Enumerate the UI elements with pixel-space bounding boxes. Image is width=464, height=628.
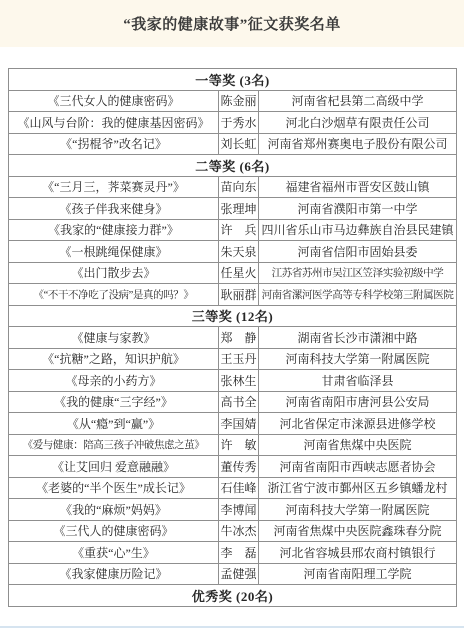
section-header-row: 优秀奖 (20名) [9, 585, 457, 607]
author-name-cell: 李 磊 [219, 542, 259, 564]
author-name-cell: 朱天泉 [219, 241, 259, 263]
essay-title-cell: 《我家健康历险记》 [9, 563, 219, 585]
award-row: 《从“瘾”到“赢”》李国婧河北省保定市涞源县进修学校 [9, 413, 457, 435]
section-header-row: 一等奖 (3名) [9, 69, 457, 91]
award-row: 《三代人的健康密码》牛冰杰河南省焦煤中央医院鑫珠春分院 [9, 520, 457, 542]
organization-cell: 河南省南阳理工学院 [259, 563, 457, 585]
award-row: 《“拐棍爷”改名记》刘长虹河南省郑州赛奥电子股份有限公司 [9, 133, 457, 155]
essay-title-cell: 《一根跳绳保健康》 [9, 241, 219, 263]
essay-title-cell: 《健康与家教》 [9, 327, 219, 349]
section-label: 优秀奖 (20名) [9, 585, 457, 607]
author-name-cell: 耿丽群 [219, 284, 259, 306]
author-name-cell: 孟健强 [219, 563, 259, 585]
organization-cell: 河南科技大学第一附属医院 [259, 348, 457, 370]
author-name-cell: 许 兵 [219, 219, 259, 241]
organization-cell: 福建省福州市晋安区鼓山镇 [259, 176, 457, 198]
essay-title-cell: 《出门散步去》 [9, 262, 219, 284]
essay-title-cell: 《“拐棍爷”改名记》 [9, 133, 219, 155]
award-row: 《爱与健康：陪高三孩子冲破焦虑之茧》许 敏河南省焦煤中央医院 [9, 434, 457, 456]
essay-title-cell: 《“三月三，荠菜赛灵丹”》 [9, 176, 219, 198]
awards-table: 一等奖 (3名)《三代女人的健康密码》陈金丽河南省杞县第二高级中学《山风与台阶：… [8, 68, 457, 607]
author-name-cell: 李博闻 [219, 499, 259, 521]
essay-title-cell: 《“不干不净吃了没病”是真的吗？》 [9, 284, 219, 306]
award-row: 《我家的“健康接力群”》许 兵四川省乐山市马边彝族自治县民建镇 [9, 219, 457, 241]
award-row: 《一根跳绳保健康》朱天泉河南省信阳市固始县委 [9, 241, 457, 263]
award-row: 《我的“麻烦”妈妈》李博闻河南科技大学第一附属医院 [9, 499, 457, 521]
organization-cell: 河北省容城县邢农商村镇银行 [259, 542, 457, 564]
award-row: 《重获“心”生》李 磊河北省容城县邢农商村镇银行 [9, 542, 457, 564]
section-label: 二等奖 (6名) [9, 155, 457, 177]
section-header-row: 二等奖 (6名) [9, 155, 457, 177]
title-banner: “我家的健康故事”征文获奖名单 [0, 0, 464, 47]
award-row: 《山风与台阶：我的健康基因密码》于秀水河北白沙烟草有限责任公司 [9, 112, 457, 134]
organization-cell: 河南省漯河医学高等专科学校第三附属医院 [259, 284, 457, 306]
awards-table-body: 一等奖 (3名)《三代女人的健康密码》陈金丽河南省杞县第二高级中学《山风与台阶：… [9, 69, 457, 607]
section-header-row: 三等奖 (12名) [9, 305, 457, 327]
award-row: 《“不干不净吃了没病”是真的吗？》耿丽群河南省漯河医学高等专科学校第三附属医院 [9, 284, 457, 306]
author-name-cell: 刘长虹 [219, 133, 259, 155]
organization-cell: 四川省乐山市马边彝族自治县民建镇 [259, 219, 457, 241]
award-row: 《我的健康“三字经”》高书全河南省南阳市唐河县公安局 [9, 391, 457, 413]
award-list-document: “我家的健康故事”征文获奖名单 一等奖 (3名)《三代女人的健康密码》陈金丽河南… [0, 0, 464, 628]
award-row: 《出门散步去》任星火江苏省苏州市吴江区笠泽实验初级中学 [9, 262, 457, 284]
organization-cell: 河南省南阳市唐河县公安局 [259, 391, 457, 413]
organization-cell: 河南科技大学第一附属医院 [259, 499, 457, 521]
page-title: “我家的健康故事”征文获奖名单 [123, 13, 341, 34]
award-row: 《三代女人的健康密码》陈金丽河南省杞县第二高级中学 [9, 90, 457, 112]
essay-title-cell: 《山风与台阶：我的健康基因密码》 [9, 112, 219, 134]
organization-cell: 河南省南阳市西峡志愿者协会 [259, 456, 457, 478]
author-name-cell: 郑 静 [219, 327, 259, 349]
author-name-cell: 王玉丹 [219, 348, 259, 370]
organization-cell: 河南省信阳市固始县委 [259, 241, 457, 263]
section-label: 三等奖 (12名) [9, 305, 457, 327]
organization-cell: 河南省濮阳市第一中学 [259, 198, 457, 220]
essay-title-cell: 《我的健康“三字经”》 [9, 391, 219, 413]
author-name-cell: 苗向东 [219, 176, 259, 198]
author-name-cell: 陈金丽 [219, 90, 259, 112]
organization-cell: 湖南省长沙市潇湘中路 [259, 327, 457, 349]
award-row: 《我家健康历险记》孟健强河南省南阳理工学院 [9, 563, 457, 585]
author-name-cell: 张林生 [219, 370, 259, 392]
essay-title-cell: 《我的“麻烦”妈妈》 [9, 499, 219, 521]
essay-title-cell: 《三代女人的健康密码》 [9, 90, 219, 112]
award-row: 《让艾回归 爱意融融》董传秀河南省南阳市西峡志愿者协会 [9, 456, 457, 478]
award-row: 《老婆的“半个医生”成长记》石佳峰浙江省宁波市鄞州区五乡镇蟠龙村 [9, 477, 457, 499]
award-row: 《“三月三，荠菜赛灵丹”》苗向东福建省福州市晋安区鼓山镇 [9, 176, 457, 198]
organization-cell: 甘肃省临泽县 [259, 370, 457, 392]
organization-cell: 浙江省宁波市鄞州区五乡镇蟠龙村 [259, 477, 457, 499]
author-name-cell: 于秀水 [219, 112, 259, 134]
author-name-cell: 李国婧 [219, 413, 259, 435]
essay-title-cell: 《孩子伴我来健身》 [9, 198, 219, 220]
award-row: 《母亲的小药方》张林生甘肃省临泽县 [9, 370, 457, 392]
author-name-cell: 张理坤 [219, 198, 259, 220]
author-name-cell: 高书全 [219, 391, 259, 413]
organization-cell: 河南省杞县第二高级中学 [259, 90, 457, 112]
organization-cell: 河北白沙烟草有限责任公司 [259, 112, 457, 134]
author-name-cell: 董传秀 [219, 456, 259, 478]
author-name-cell: 许 敏 [219, 434, 259, 456]
organization-cell: 河北省保定市涞源县进修学校 [259, 413, 457, 435]
essay-title-cell: 《老婆的“半个医生”成长记》 [9, 477, 219, 499]
essay-title-cell: 《让艾回归 爱意融融》 [9, 456, 219, 478]
essay-title-cell: 《母亲的小药方》 [9, 370, 219, 392]
essay-title-cell: 《“抗糖”之路，知识护航》 [9, 348, 219, 370]
author-name-cell: 石佳峰 [219, 477, 259, 499]
organization-cell: 江苏省苏州市吴江区笠泽实验初级中学 [259, 262, 457, 284]
author-name-cell: 任星火 [219, 262, 259, 284]
essay-title-cell: 《从“瘾”到“赢”》 [9, 413, 219, 435]
organization-cell: 河南省焦煤中央医院 [259, 434, 457, 456]
author-name-cell: 牛冰杰 [219, 520, 259, 542]
organization-cell: 河南省焦煤中央医院鑫珠春分院 [259, 520, 457, 542]
essay-title-cell: 《爱与健康：陪高三孩子冲破焦虑之茧》 [9, 434, 219, 456]
award-row: 《孩子伴我来健身》张理坤河南省濮阳市第一中学 [9, 198, 457, 220]
essay-title-cell: 《三代人的健康密码》 [9, 520, 219, 542]
award-row: 《“抗糖”之路，知识护航》王玉丹河南科技大学第一附属医院 [9, 348, 457, 370]
section-label: 一等奖 (3名) [9, 69, 457, 91]
award-row: 《健康与家教》郑 静湖南省长沙市潇湘中路 [9, 327, 457, 349]
essay-title-cell: 《我家的“健康接力群”》 [9, 219, 219, 241]
organization-cell: 河南省郑州赛奥电子股份有限公司 [259, 133, 457, 155]
essay-title-cell: 《重获“心”生》 [9, 542, 219, 564]
